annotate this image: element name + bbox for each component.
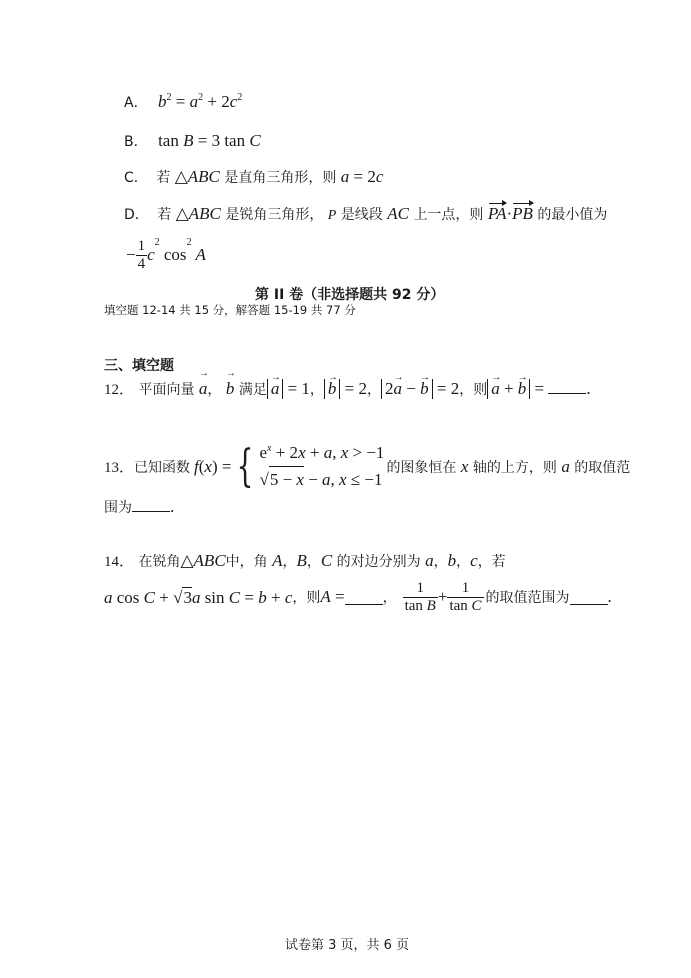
option-d-text-mid3: 上一点，则: [413, 207, 483, 223]
option-b-expr: tan B = 3 tan C: [158, 131, 261, 150]
question-13-number: 13．: [104, 456, 134, 477]
option-d-text-mid1: 是锐角三角形，: [225, 207, 323, 223]
vector-b: b: [226, 379, 235, 399]
option-c-expr: a = 2c: [341, 167, 384, 186]
section-2-title: 第 II 卷（非选择题共 92 分）: [255, 284, 444, 304]
question-14-line1: 14． 在锐角△ABC中，角 A，B，C 的对边分别为 a，b，c，若: [104, 550, 506, 571]
question-13-line2: 围为.: [104, 497, 174, 517]
option-a: A． b2 = a2 + 2c2: [124, 92, 242, 112]
answer-blank-14b[interactable]: [570, 590, 608, 605]
question-14-number: 14．: [104, 554, 134, 570]
answer-blank-13[interactable]: [132, 497, 170, 512]
option-d-label: D．: [124, 207, 149, 223]
question-12: 12． 平面向量 a， b 满足a = 1，b = 2，2a − b = 2，则…: [104, 378, 591, 399]
option-d-result: −14c2 cos2 A: [126, 238, 206, 272]
option-d-text-post: 的最小值为: [537, 207, 607, 223]
option-d-point-p: P: [328, 208, 337, 223]
option-d-segment-ac: AC: [387, 204, 409, 223]
norm-a: a: [267, 379, 284, 399]
option-c-text-pre: 若: [156, 170, 170, 186]
option-d: D． 若 △ABC 是锐角三角形， P 是线段 AC 上一点，则 PA·PB 的…: [124, 204, 607, 224]
option-a-label: A．: [124, 95, 148, 111]
vector-pb: PB: [512, 204, 533, 224]
answer-blank-14a[interactable]: [345, 590, 383, 605]
option-d-text-mid2: 是线段: [341, 207, 383, 223]
norm-b: b: [324, 379, 341, 399]
case-2: √5 − x − a, x ≤ −1: [259, 466, 384, 493]
option-c-text-mid: 是直角三角形，则: [224, 170, 336, 186]
fraction-one-quarter: 14: [136, 238, 148, 272]
question-13-text-pre: 已知函数: [134, 457, 190, 477]
question-13-text-line2: 围为: [104, 500, 132, 516]
left-brace: {: [237, 445, 254, 489]
question-14-text-then: ，则: [292, 587, 320, 607]
question-12-text-2: 满足: [239, 382, 267, 398]
function-f: f(x) =: [194, 457, 231, 477]
option-b: B． tan B = 3 tan C: [124, 131, 261, 151]
piecewise-cases: ex + 2x + a, x > −1 √5 − x − a, x ≤ −1: [259, 440, 384, 493]
vector-a: a: [199, 379, 208, 399]
section-3-heading: 三、填空题: [104, 355, 174, 375]
question-13: 13． 已知函数 f(x) = { ex + 2x + a, x > −1 √5…: [104, 440, 630, 493]
case-1: ex + 2x + a, x > −1: [259, 440, 384, 466]
norm-a-plus-b: a + b: [487, 379, 530, 399]
question-14-line2: a cos C + √3a sin C = b + c ，则 A = ， 1ta…: [104, 580, 612, 614]
question-12-text-1: 平面向量: [138, 382, 194, 398]
section-2-subtitle: 填空题 12-14 共 15 分，解答题 15-19 共 77 分: [104, 302, 356, 318]
option-b-label: B．: [124, 134, 148, 150]
fraction-1-tan-c: 1tan C: [447, 580, 483, 614]
option-c-label: C．: [124, 170, 148, 186]
question-12-number: 12．: [104, 382, 134, 398]
option-d-triangle: △ABC: [176, 204, 221, 223]
fraction-1-tan-b: 1tan B: [403, 580, 438, 614]
norm-2a-minus-b: 2a − b: [381, 379, 433, 399]
question-14-text-1: 在锐角: [138, 554, 180, 570]
option-a-expr: b2 = a2 + 2c2: [158, 92, 242, 111]
option-d-text-pre: 若: [157, 207, 171, 223]
question-13-text-post: 的图象恒在 x 轴的上方，则 a 的取值范: [386, 457, 630, 477]
question-14-equation: a cos C + √3a sin C = b + c: [104, 587, 292, 608]
answer-blank-12[interactable]: [548, 379, 586, 394]
question-14-text-range: 的取值范围为: [486, 587, 570, 607]
vector-pa: PA: [488, 204, 507, 224]
option-c: C． 若 △ABC 是直角三角形，则 a = 2c: [124, 167, 383, 187]
page-footer: 试卷第 3 页，共 6 页: [285, 934, 409, 953]
option-c-triangle: △ABC: [175, 167, 220, 186]
